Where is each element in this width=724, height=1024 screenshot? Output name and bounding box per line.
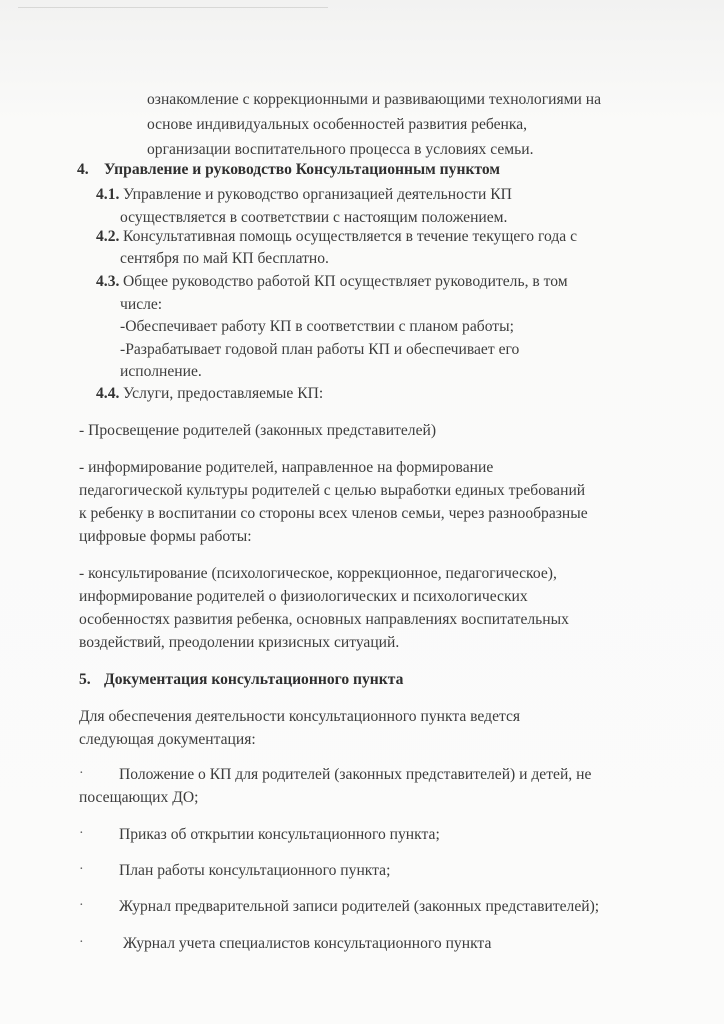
service-item: к ребенку в воспитании со стороны всех ч… <box>79 505 588 523</box>
item-4-3-text: -Разрабатывает годовой план работы КП и … <box>120 341 519 359</box>
item-4-1-number: 4.1. <box>96 186 119 204</box>
doc-list-item: Приказ об открытии консультационного пун… <box>119 826 440 844</box>
item-4-1-text: Управление и руководство организацией де… <box>123 186 512 204</box>
item-4-4-text: Услуги, предоставляемые КП: <box>123 385 323 403</box>
bullet-icon: · <box>79 862 84 878</box>
item-4-1-text: осуществляется в соответствии с настоящи… <box>120 209 507 227</box>
section-4-number: 4. <box>77 161 89 179</box>
intro-line: основе индивидуальных особенностей разви… <box>147 116 527 134</box>
service-item: воздействий, преодолении кризисных ситуа… <box>79 634 399 652</box>
section-4-title: Управление и руководство Консультационны… <box>104 161 500 179</box>
bullet-icon: · <box>79 935 84 951</box>
section-5-title: Документация консультационного пункта <box>104 671 403 689</box>
item-4-3-number: 4.3. <box>96 273 119 291</box>
intro-line: ознакомление с коррекционными и развиваю… <box>147 91 601 109</box>
section-5-number: 5. <box>79 671 91 689</box>
doc-list-item: Журнал учета специалистов консультационн… <box>123 935 491 953</box>
service-item: особенностях развития ребенка, основных … <box>79 611 569 629</box>
doc-list-item: посещающих ДО; <box>79 789 198 807</box>
bullet-icon: · <box>79 826 84 842</box>
bullet-icon: · <box>79 766 84 782</box>
section-5-intro: следующая документация: <box>79 731 256 749</box>
service-item: педагогической культуры родителей с цель… <box>79 482 585 500</box>
service-item: - информирование родителей, направленное… <box>79 459 493 477</box>
service-item: - Просвещение родителей (законных предст… <box>79 422 436 440</box>
service-item: информирование родителей о физиологическ… <box>79 588 528 606</box>
bullet-icon: · <box>79 898 84 914</box>
item-4-2-number: 4.2. <box>96 228 119 246</box>
item-4-3-text: -Обеспечивает работу КП в соответствии с… <box>120 318 514 336</box>
item-4-3-text: Общее руководство работой КП осуществляе… <box>123 273 568 291</box>
service-item: цифровые формы работы: <box>79 528 252 546</box>
doc-list-item: Положение о КП для родителей (законных п… <box>119 766 591 784</box>
doc-list-item: План работы консультационного пункта; <box>119 862 390 880</box>
service-item: - консультирование (психологическое, кор… <box>79 565 557 583</box>
section-5-intro: Для обеспечения деятельности консультаци… <box>79 708 520 726</box>
scanned-page: ознакомление с коррекционными и развиваю… <box>0 0 724 1024</box>
intro-line: организации воспитательного процесса в у… <box>147 141 534 159</box>
doc-list-item: Журнал предварительной записи родителей … <box>119 898 599 916</box>
item-4-2-text: сентября по май КП бесплатно. <box>120 250 329 268</box>
scan-edge-line <box>18 7 328 8</box>
item-4-3-text: числе: <box>120 296 162 314</box>
item-4-3-text: исполнение. <box>120 363 202 381</box>
item-4-2-text: Консультативная помощь осуществляется в … <box>123 228 577 246</box>
item-4-4-number: 4.4. <box>96 385 119 403</box>
